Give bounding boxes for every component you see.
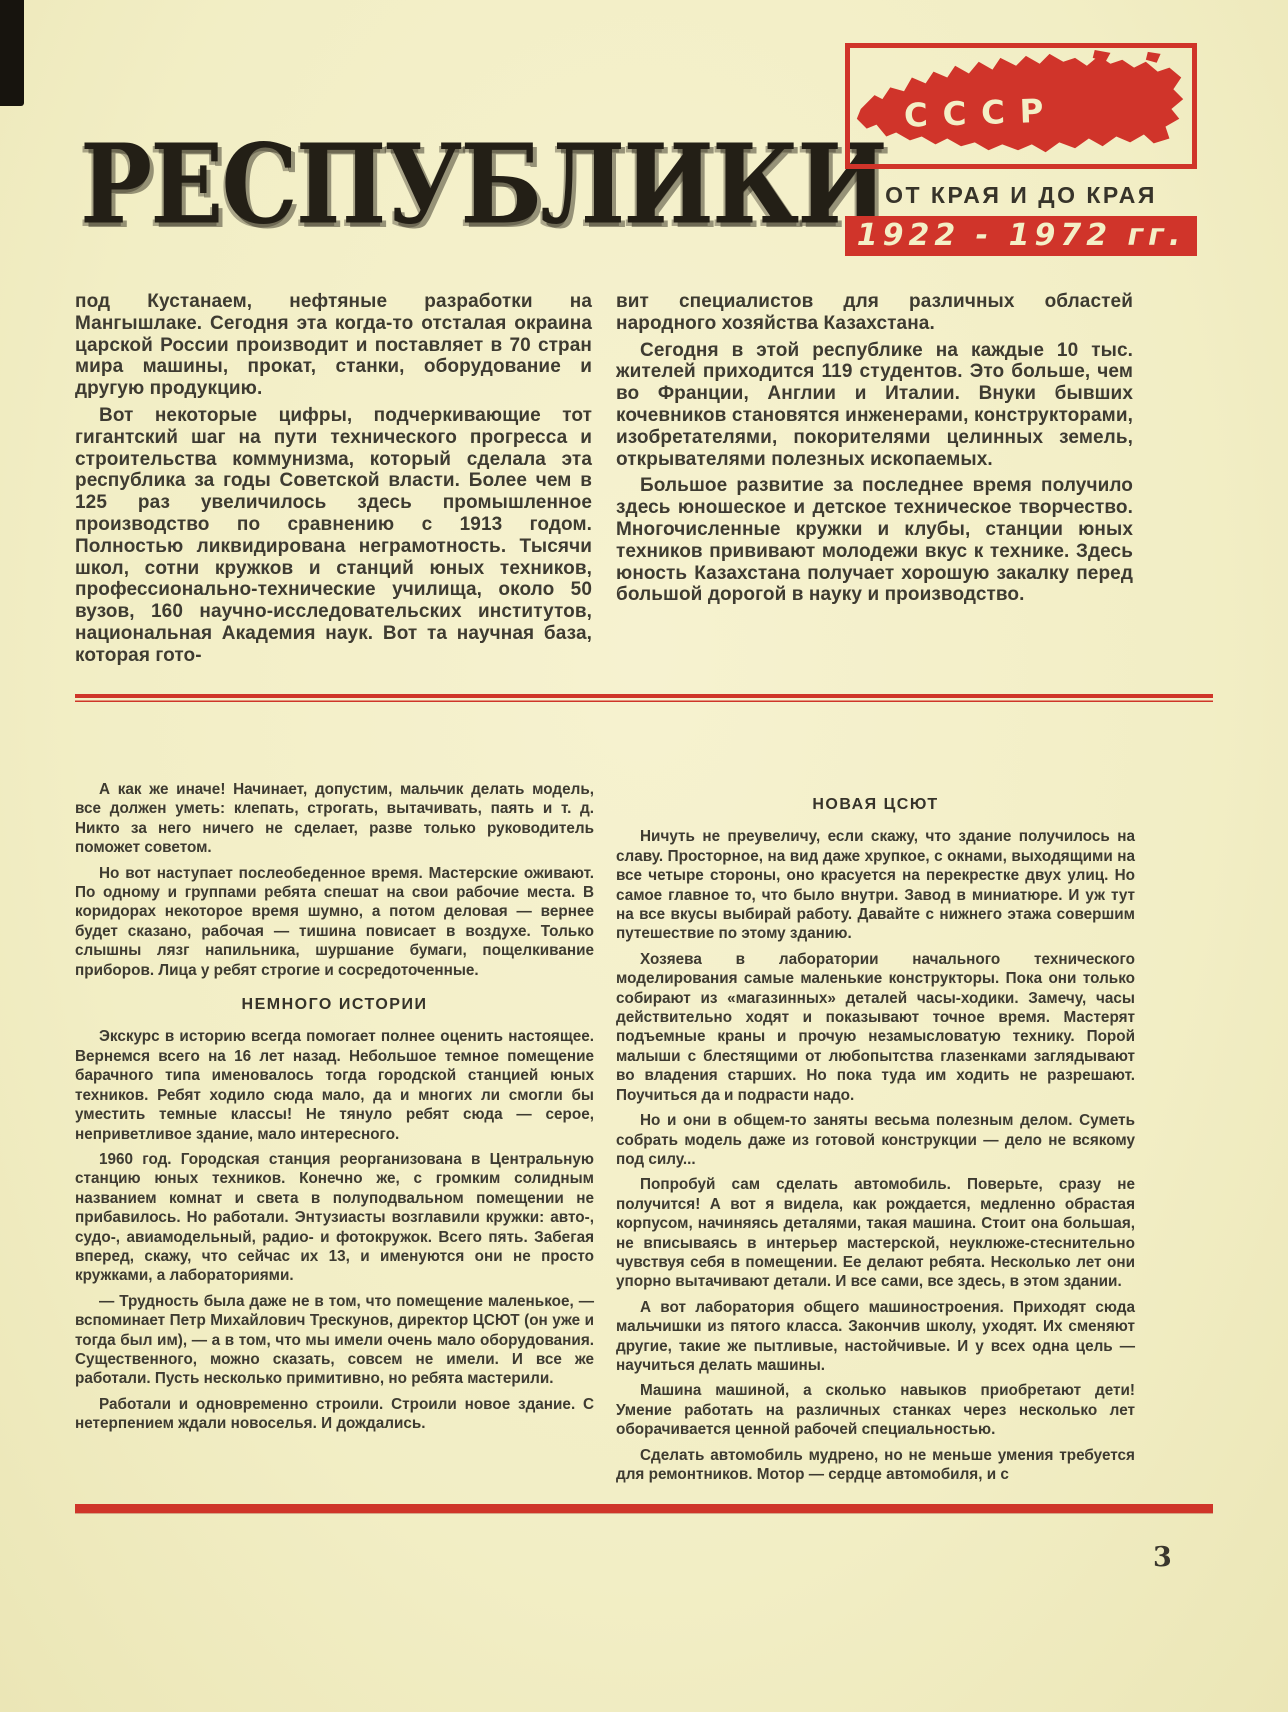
article-paragraph: Сегодня в этой республике на каждые 10 т…: [616, 340, 1133, 471]
page-number: 3: [1153, 1542, 1172, 1573]
emblem-slogan: ОТ КРАЯ И ДО КРАЯ: [845, 182, 1197, 209]
article-paragraph: А как же иначе! Начинает, допустим, маль…: [75, 780, 594, 858]
article-paragraph: А вот лаборатория общего машиностроения.…: [616, 1298, 1135, 1376]
story-right-column: НОВАЯ ЦСЮТНичуть не преувеличу, если ска…: [616, 780, 1135, 1490]
ussr-map-frame: СССР: [845, 43, 1197, 169]
article-paragraph: — Трудность была даже не в том, что поме…: [75, 1292, 594, 1389]
article-paragraph: Но вот наступает послеобеденное время. М…: [75, 864, 594, 980]
article-paragraph: Сделать автомобиль мудрено, но не меньше…: [616, 1446, 1135, 1485]
article-paragraph: Экскурс в историю всегда помогает полнее…: [75, 1027, 594, 1143]
article-paragraph: вит специалистов для различных областей …: [616, 291, 1133, 335]
article-paragraph: Вот некоторые цифры, подчеркивающие тот …: [75, 405, 592, 667]
column-subheading: НЕМНОГО ИСТОРИИ: [75, 995, 594, 1014]
article-paragraph: Ничуть не преувеличу, если скажу, что зд…: [616, 827, 1135, 943]
column-subheading: НОВАЯ ЦСЮТ: [616, 795, 1135, 814]
page-headline: РЕСПУБЛИКИ: [80, 120, 780, 249]
intro-left-column: под Кустанаем, нефтяные разработки на Ма…: [75, 291, 592, 672]
article-paragraph: Попробуй сам сделать автомобиль. Поверьт…: [616, 1175, 1135, 1291]
story-left-column: А как же иначе! Начинает, допустим, маль…: [75, 780, 594, 1440]
article-paragraph: Машина машиной, а сколько навыков приобр…: [616, 1381, 1135, 1439]
section-divider-double-rule: [75, 694, 1213, 703]
ussr-map-label: СССР: [903, 91, 1058, 134]
article-paragraph: под Кустанаем, нефтяные разработки на Ма…: [75, 291, 592, 400]
article-paragraph: Но и они в общем-то заняты весьма полезн…: [616, 1111, 1135, 1169]
article-paragraph: Хозяева в лаборатории начального техниче…: [616, 950, 1135, 1105]
intro-right-column: вит специалистов для различных областей …: [616, 291, 1133, 611]
article-paragraph: Большое развитие за последнее время полу…: [616, 475, 1133, 606]
article-paragraph: 1960 год. Городская станция реорганизова…: [75, 1150, 594, 1286]
bottom-red-rule: [75, 1504, 1213, 1513]
ussr-map-graphic: СССР: [850, 48, 1192, 164]
scan-edge-artifact: [0, 0, 24, 106]
ussr-anniversary-emblem: СССР ОТ КРАЯ И ДО КРАЯ 1922 - 1972 гг.: [845, 43, 1197, 256]
magazine-page: { "page_number": "3", "headline": "РЕСПУ…: [0, 0, 1288, 1712]
emblem-years-banner: 1922 - 1972 гг.: [845, 216, 1197, 256]
article-paragraph: Работали и одновременно строили. Строили…: [75, 1395, 594, 1434]
